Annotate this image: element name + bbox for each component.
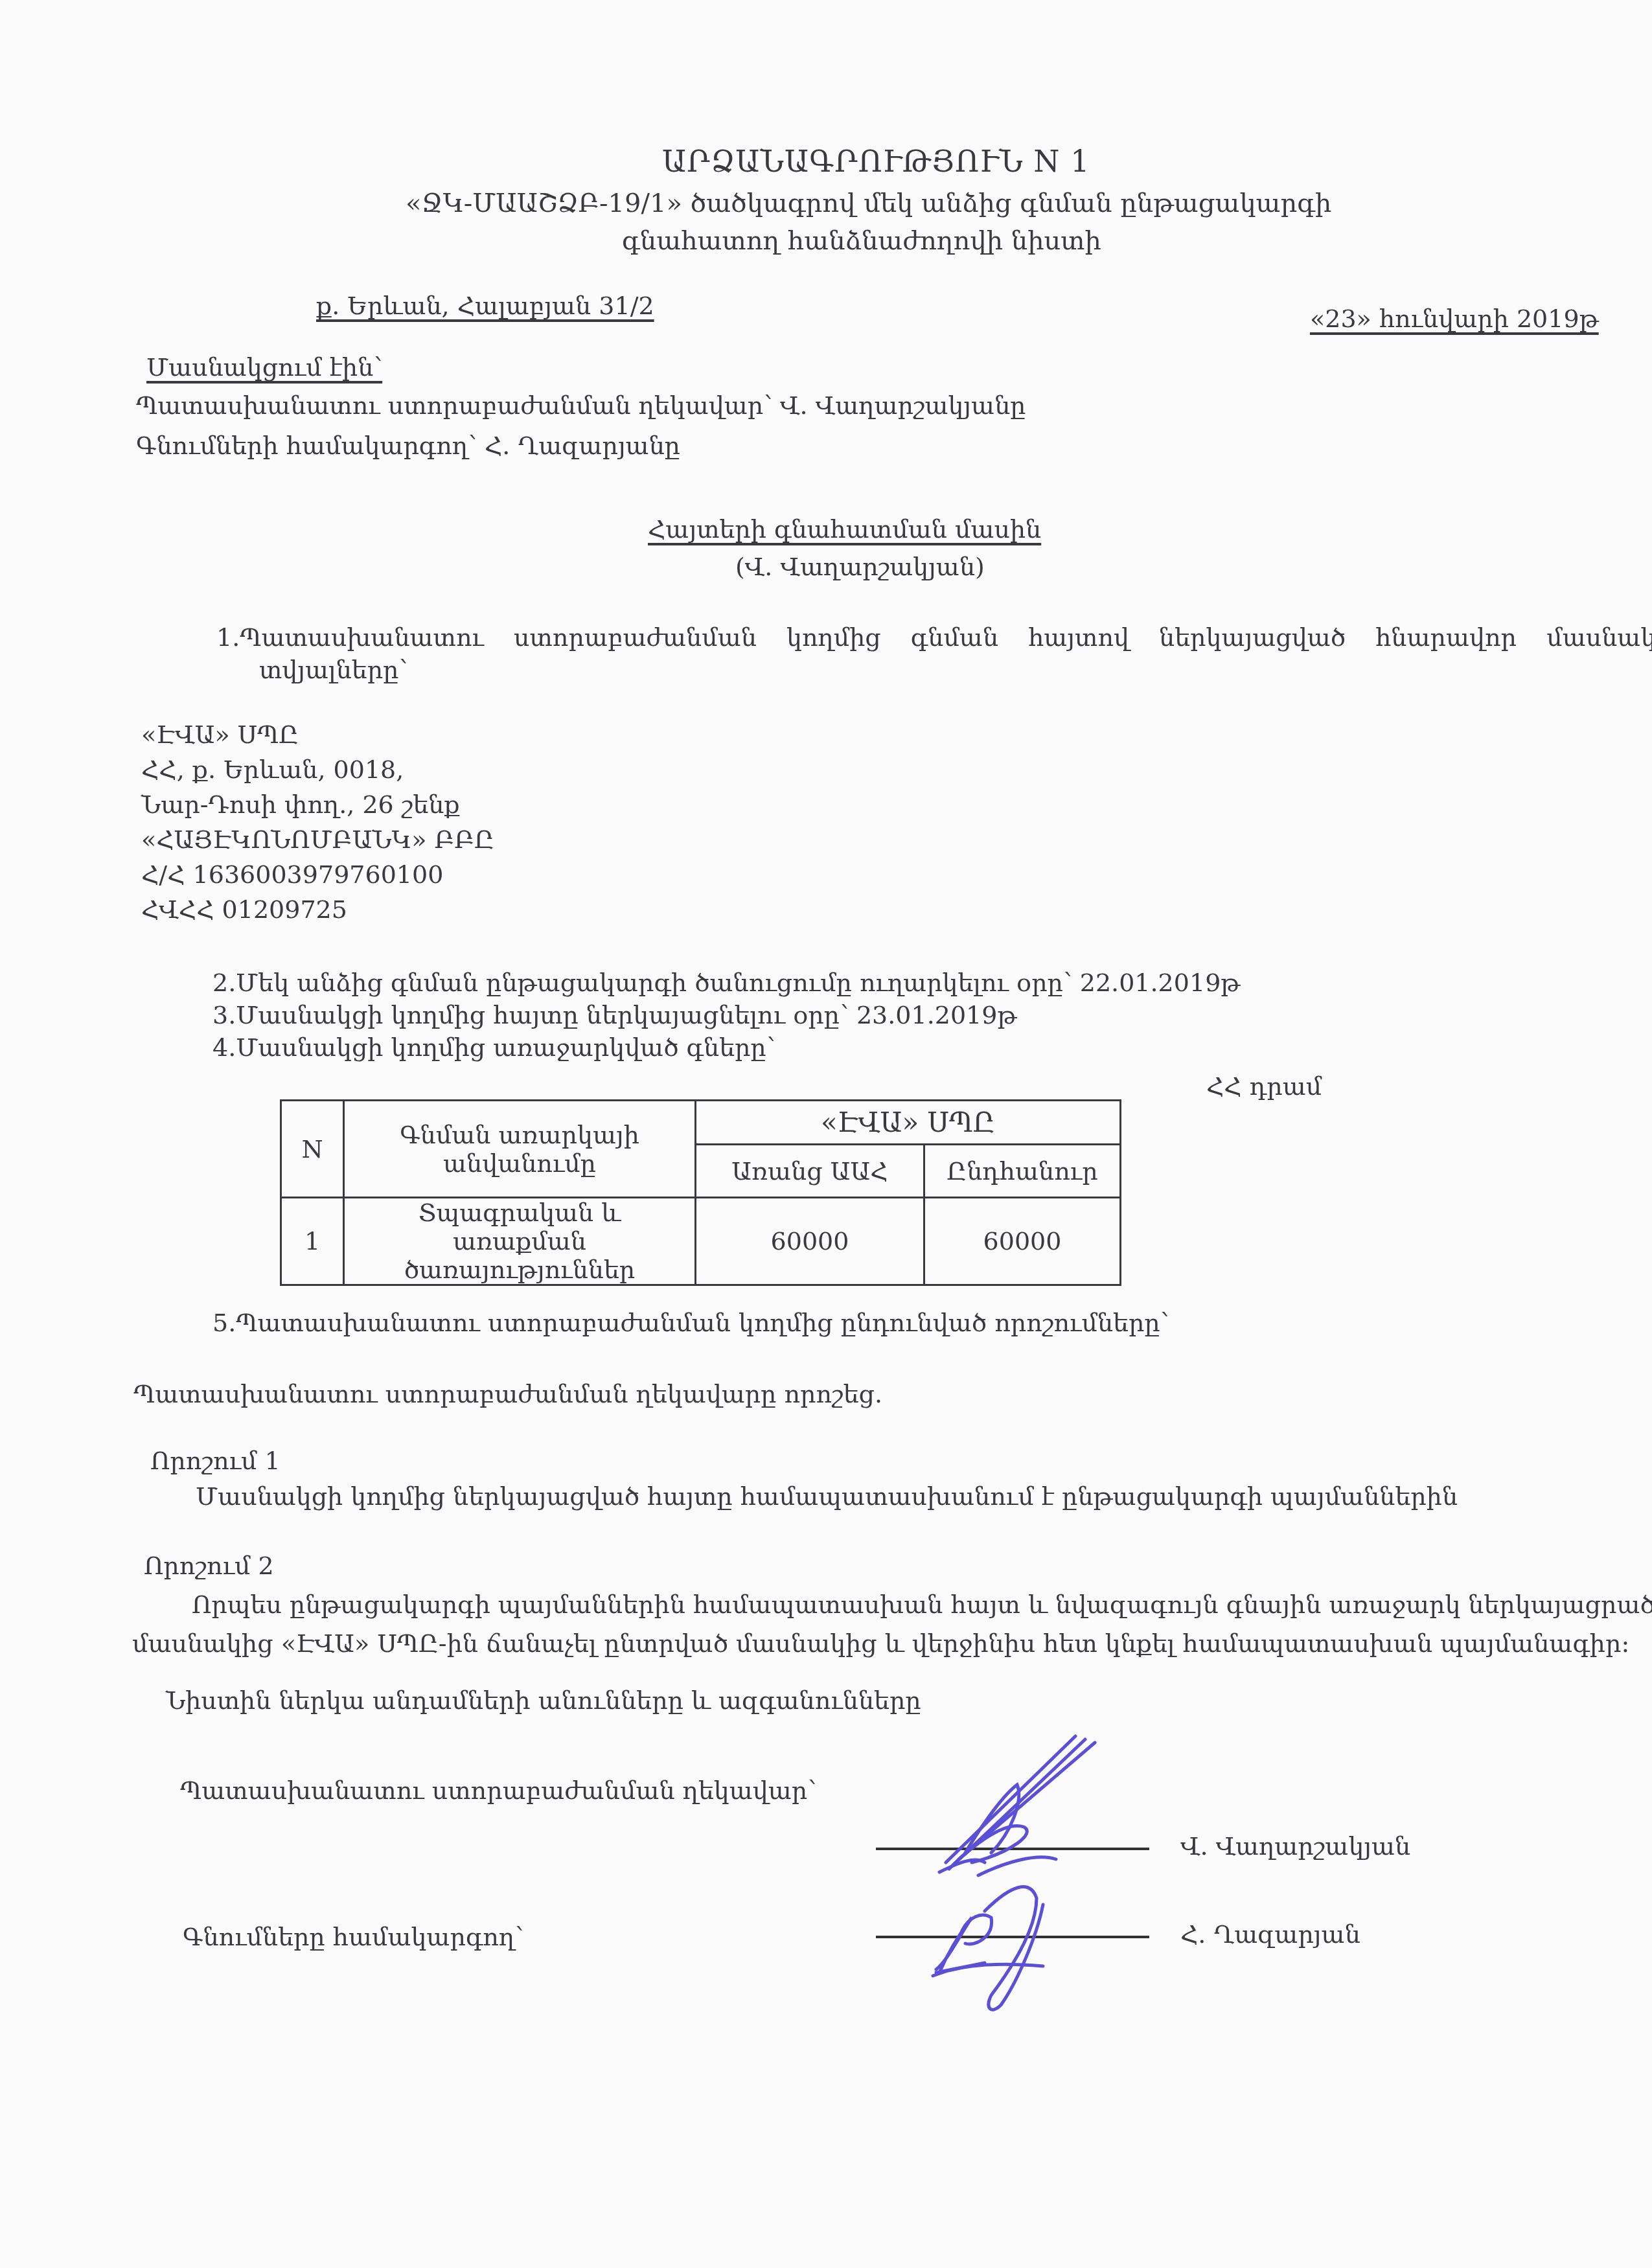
document-subtitle-line1: «ՋԿ-ՄԱԱՇՁԲ-19/1» ծածկագրով մեկ անձից գնմ… bbox=[406, 188, 1332, 219]
decision-2-text-line2: մասնակից «ԷՎԱ» ՍՊԸ-ին ճանաչել ընտրված մա… bbox=[132, 1629, 1629, 1659]
cell-total: 60000 bbox=[924, 1198, 1121, 1285]
document-title: ԱՐՁԱՆԱԳՐՈՒԹՅՈՒՆ N 1 bbox=[662, 144, 1090, 179]
handwritten-signature-icon bbox=[862, 1723, 1224, 2021]
attendees-label: Մասնակցում էին՝ bbox=[146, 353, 382, 383]
item-3: 3.Մասնակցի կողմից հայտը ներկայացնելու օր… bbox=[212, 1001, 1017, 1031]
decision-1-label: Որոշում 1 bbox=[150, 1447, 281, 1476]
currency-note: ՀՀ դրամ bbox=[1206, 1072, 1322, 1102]
decision-2-text-line1: Որպես ընթացակարգի պայմաններին համապատասխ… bbox=[192, 1590, 1652, 1620]
cell-without-vat: 60000 bbox=[696, 1198, 924, 1285]
header-participant: «ԷՎԱ» ՍՊԸ bbox=[696, 1101, 1121, 1145]
participant-bank: «ՀԱՅԷԿՈՆՈՄԲԱՆԿ» ԲԲԸ bbox=[141, 825, 494, 855]
header-n: N bbox=[281, 1101, 344, 1198]
item-1-text: 1.Պատասխանատու ստորաբաժանման կողմից գնմա… bbox=[216, 623, 1652, 653]
section-title: Հայտերի գնահատման մասին bbox=[648, 515, 1041, 545]
participant-street: Նար-Դոսի փող., 26 շենք bbox=[141, 790, 460, 820]
participant-city: ՀՀ, ք. Երևան, 0018, bbox=[141, 755, 404, 785]
document-subtitle-line2: գնահատող հանձնաժողովի նիստի bbox=[622, 225, 1101, 257]
price-table: N Գնման առարկայի անվանումը «ԷՎԱ» ՍՊԸ Առա… bbox=[280, 1099, 1121, 1286]
decision-1-text: Մասնակցի կողմից ներկայացված հայտը համապա… bbox=[196, 1482, 1458, 1512]
attendee-item: Գնումների համակարգող՝ Հ. Ղազարյանը bbox=[136, 431, 680, 461]
meeting-date: «23» հունվարի 2019թ bbox=[1310, 304, 1599, 334]
header-total: Ընդհանուր bbox=[924, 1145, 1121, 1198]
signature-role-2: Գնումները համակարգող՝ bbox=[183, 1923, 523, 1953]
section-speaker: (Վ. Վաղարշակյան) bbox=[735, 553, 985, 582]
item-4: 4.Մասնակցի կողմից առաջարկված գները՝ bbox=[212, 1033, 775, 1063]
meeting-place: ք. Երևան, Հալաբյան 31/2 bbox=[316, 292, 654, 321]
table-row: 1 Տպագրական և առաքման ծառայություններ 60… bbox=[281, 1198, 1121, 1285]
participant-name: «ԷՎԱ» ՍՊԸ bbox=[141, 720, 299, 750]
participant-tax-id: ՀՎՀՀ 01209725 bbox=[141, 895, 347, 925]
item-1-line2: տվյալները՝ bbox=[259, 656, 407, 685]
item-5: 5.Պատասխանատու ստորաբաժանման կողմից ընդո… bbox=[212, 1309, 1169, 1338]
cell-n: 1 bbox=[281, 1198, 344, 1285]
header-item-name: Գնման առարկայի անվանումը bbox=[344, 1101, 696, 1198]
item-2: 2.Մեկ անձից գնման ընթացակարգի ծանուցումը… bbox=[212, 968, 1240, 998]
attendee-item: Պատասխանատու ստորաբաժանման ղեկավար՝ Վ. Վ… bbox=[136, 391, 1026, 421]
decision-2-label: Որոշում 2 bbox=[144, 1552, 274, 1581]
members-note: Նիստին ներկա անդամների անունները և ազգան… bbox=[166, 1686, 921, 1716]
item-1-line1: 1.Պատասխանատու ստորաբաժանման կողմից գնմա… bbox=[216, 623, 1551, 653]
participant-account: Հ/Հ 1636003979760100 bbox=[141, 860, 443, 890]
header-without-vat: Առանց ԱԱՀ bbox=[696, 1145, 924, 1198]
decision-intro: Պատասխանատու ստորաբաժանման ղեկավարը որոշ… bbox=[133, 1380, 882, 1410]
signature-role-1: Պատասխանատու ստորաբաժանման ղեկավար՝ bbox=[180, 1776, 816, 1806]
cell-item-name: Տպագրական և առաքման ծառայություններ bbox=[344, 1198, 696, 1285]
